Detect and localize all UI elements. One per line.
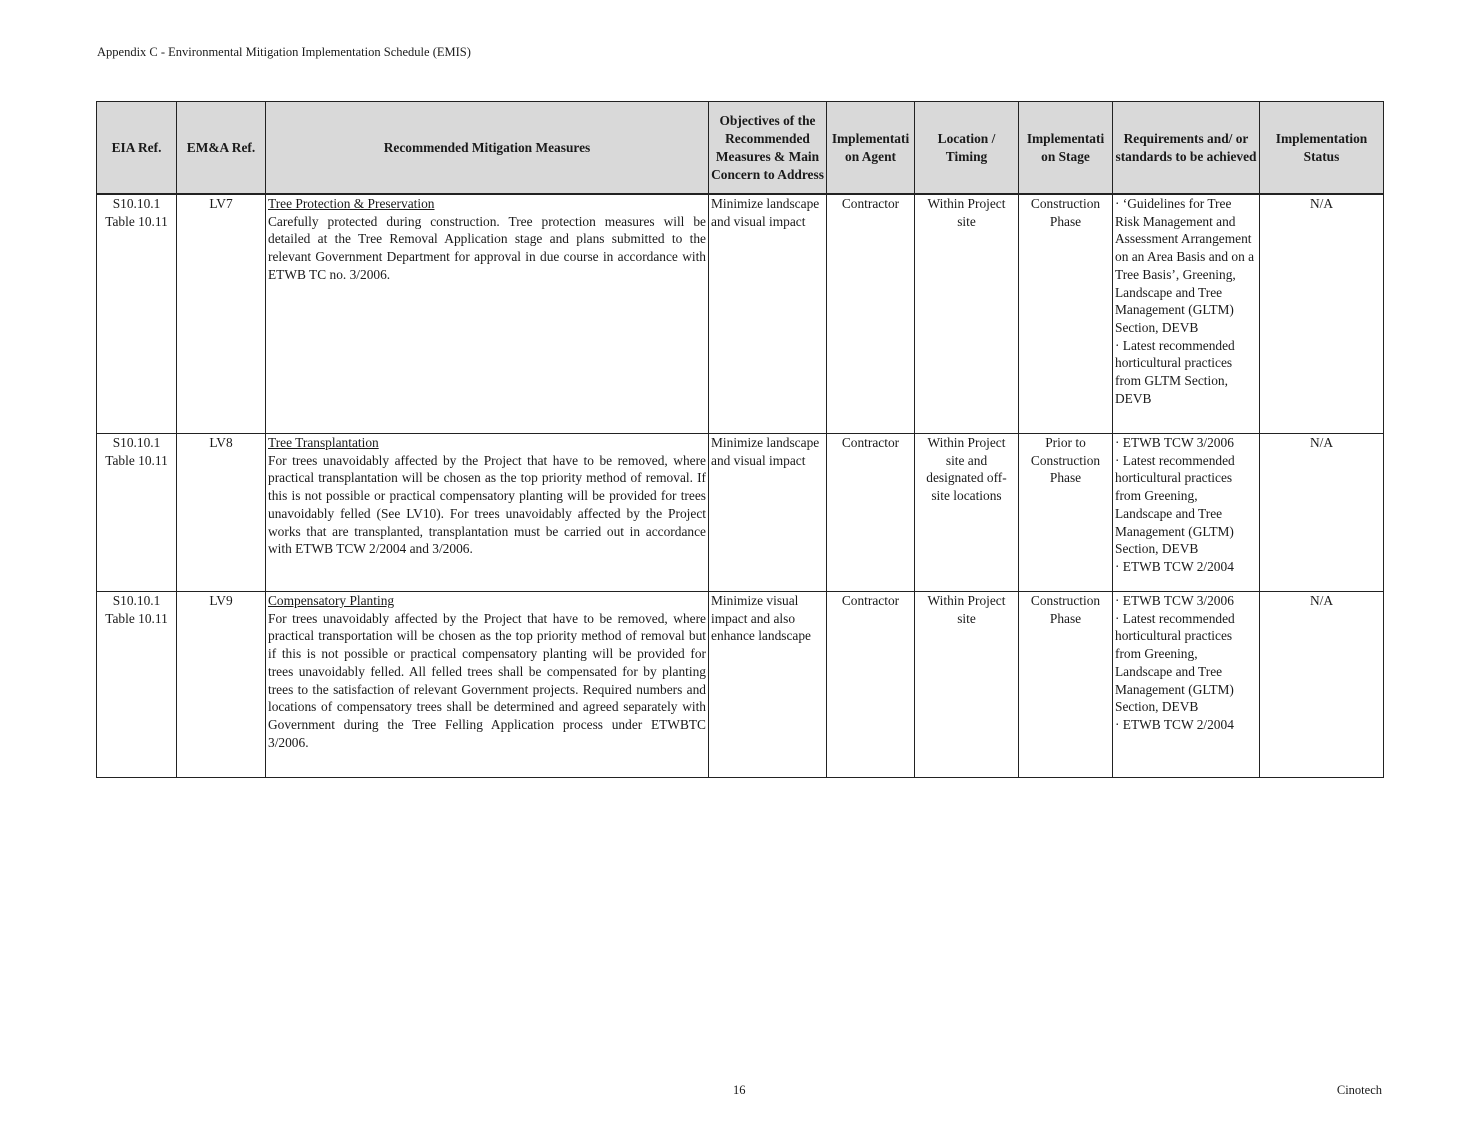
stage-cell: Construction Phase xyxy=(1019,592,1113,778)
stage-cell: Prior to Construction Phase xyxy=(1019,434,1113,592)
objectives-cell: Minimize visual impact and also enhance … xyxy=(709,592,827,778)
mitigation-measure-cell: Tree Transplantation For trees unavoidab… xyxy=(266,434,709,592)
page-header-title: Appendix C - Environmental Mitigation Im… xyxy=(97,44,471,60)
measure-title: Tree Transplantation xyxy=(268,434,706,452)
mitigation-measure-cell: Compensatory Planting For trees unavoida… xyxy=(266,592,709,778)
eia-ref-table: Table 10.11 xyxy=(105,611,168,626)
ema-ref-cell: LV8 xyxy=(177,434,266,592)
location-cell: Within Project site and designated off-s… xyxy=(915,434,1019,592)
eia-ref-cell: S10.10.1 Table 10.11 xyxy=(97,592,177,778)
eia-ref-section: S10.10.1 xyxy=(113,435,161,450)
measure-text: Carefully protected during construction.… xyxy=(268,214,706,282)
requirement-item: · ETWB TCW 3/2006 xyxy=(1115,434,1257,452)
column-header-implementation-agent: Implementati on Agent xyxy=(827,102,915,195)
status-cell: N/A xyxy=(1260,194,1384,434)
emis-table: EIA Ref. EM&A Ref. Recommended Mitigatio… xyxy=(96,101,1384,778)
column-header-requirements: Requirements and/ or standards to be ach… xyxy=(1113,102,1260,195)
column-header-mitigation-measures: Recommended Mitigation Measures xyxy=(266,102,709,195)
requirement-item: · ETWB TCW 3/2006 xyxy=(1115,592,1257,610)
requirement-item: · ‘Guidelines for Tree Risk Management a… xyxy=(1115,195,1257,337)
column-header-implementation-status: Implementation Status xyxy=(1260,102,1384,195)
eia-ref-table: Table 10.11 xyxy=(105,453,168,468)
agent-cell: Contractor xyxy=(827,592,915,778)
requirements-cell: · ‘Guidelines for Tree Risk Management a… xyxy=(1113,194,1260,434)
eia-ref-table: Table 10.11 xyxy=(105,214,168,229)
location-cell: Within Project site xyxy=(915,194,1019,434)
requirements-cell: · ETWB TCW 3/2006 · Latest recommended h… xyxy=(1113,592,1260,778)
stage-cell: Construction Phase xyxy=(1019,194,1113,434)
eia-ref-cell: S10.10.1 Table 10.11 xyxy=(97,434,177,592)
column-header-eia-ref: EIA Ref. xyxy=(97,102,177,195)
location-cell: Within Project site xyxy=(915,592,1019,778)
column-header-implementation-stage: Implementati on Stage xyxy=(1019,102,1113,195)
requirement-item: · Latest recommended horticultural pract… xyxy=(1115,452,1257,558)
mitigation-measure-cell: Tree Protection & Preservation Carefully… xyxy=(266,194,709,434)
eia-ref-section: S10.10.1 xyxy=(113,196,161,211)
status-cell: N/A xyxy=(1260,434,1384,592)
objectives-cell: Minimize landscape and visual impact xyxy=(709,194,827,434)
requirements-cell: · ETWB TCW 3/2006 · Latest recommended h… xyxy=(1113,434,1260,592)
eia-ref-cell: S10.10.1 Table 10.11 xyxy=(97,194,177,434)
requirement-item: · ETWB TCW 2/2004 xyxy=(1115,558,1257,576)
agent-cell: Contractor xyxy=(827,434,915,592)
measure-text: For trees unavoidably affected by the Pr… xyxy=(268,453,706,557)
agent-cell: Contractor xyxy=(827,194,915,434)
requirement-item: · ETWB TCW 2/2004 xyxy=(1115,716,1257,734)
table-row: S10.10.1 Table 10.11 LV9 Compensatory Pl… xyxy=(97,592,1384,778)
page-number: 16 xyxy=(733,1083,746,1098)
requirement-item: · Latest recommended horticultural pract… xyxy=(1115,337,1257,408)
measure-text: For trees unavoidably affected by the Pr… xyxy=(268,611,706,750)
status-cell: N/A xyxy=(1260,592,1384,778)
column-header-location-timing: Location / Timing xyxy=(915,102,1019,195)
column-header-objectives: Objectives of the Recommended Measures &… xyxy=(709,102,827,195)
ema-ref-cell: LV7 xyxy=(177,194,266,434)
ema-ref-cell: LV9 xyxy=(177,592,266,778)
table-row: S10.10.1 Table 10.11 LV8 Tree Transplant… xyxy=(97,434,1384,592)
footer-company-name: Cinotech xyxy=(1337,1083,1382,1098)
measure-title: Tree Protection & Preservation xyxy=(268,195,706,213)
measure-title: Compensatory Planting xyxy=(268,592,706,610)
table-header-row: EIA Ref. EM&A Ref. Recommended Mitigatio… xyxy=(97,102,1384,195)
table-row: S10.10.1 Table 10.11 LV7 Tree Protection… xyxy=(97,194,1384,434)
eia-ref-section: S10.10.1 xyxy=(113,593,161,608)
column-header-ema-ref: EM&A Ref. xyxy=(177,102,266,195)
objectives-cell: Minimize landscape and visual impact xyxy=(709,434,827,592)
requirement-item: · Latest recommended horticultural pract… xyxy=(1115,610,1257,716)
